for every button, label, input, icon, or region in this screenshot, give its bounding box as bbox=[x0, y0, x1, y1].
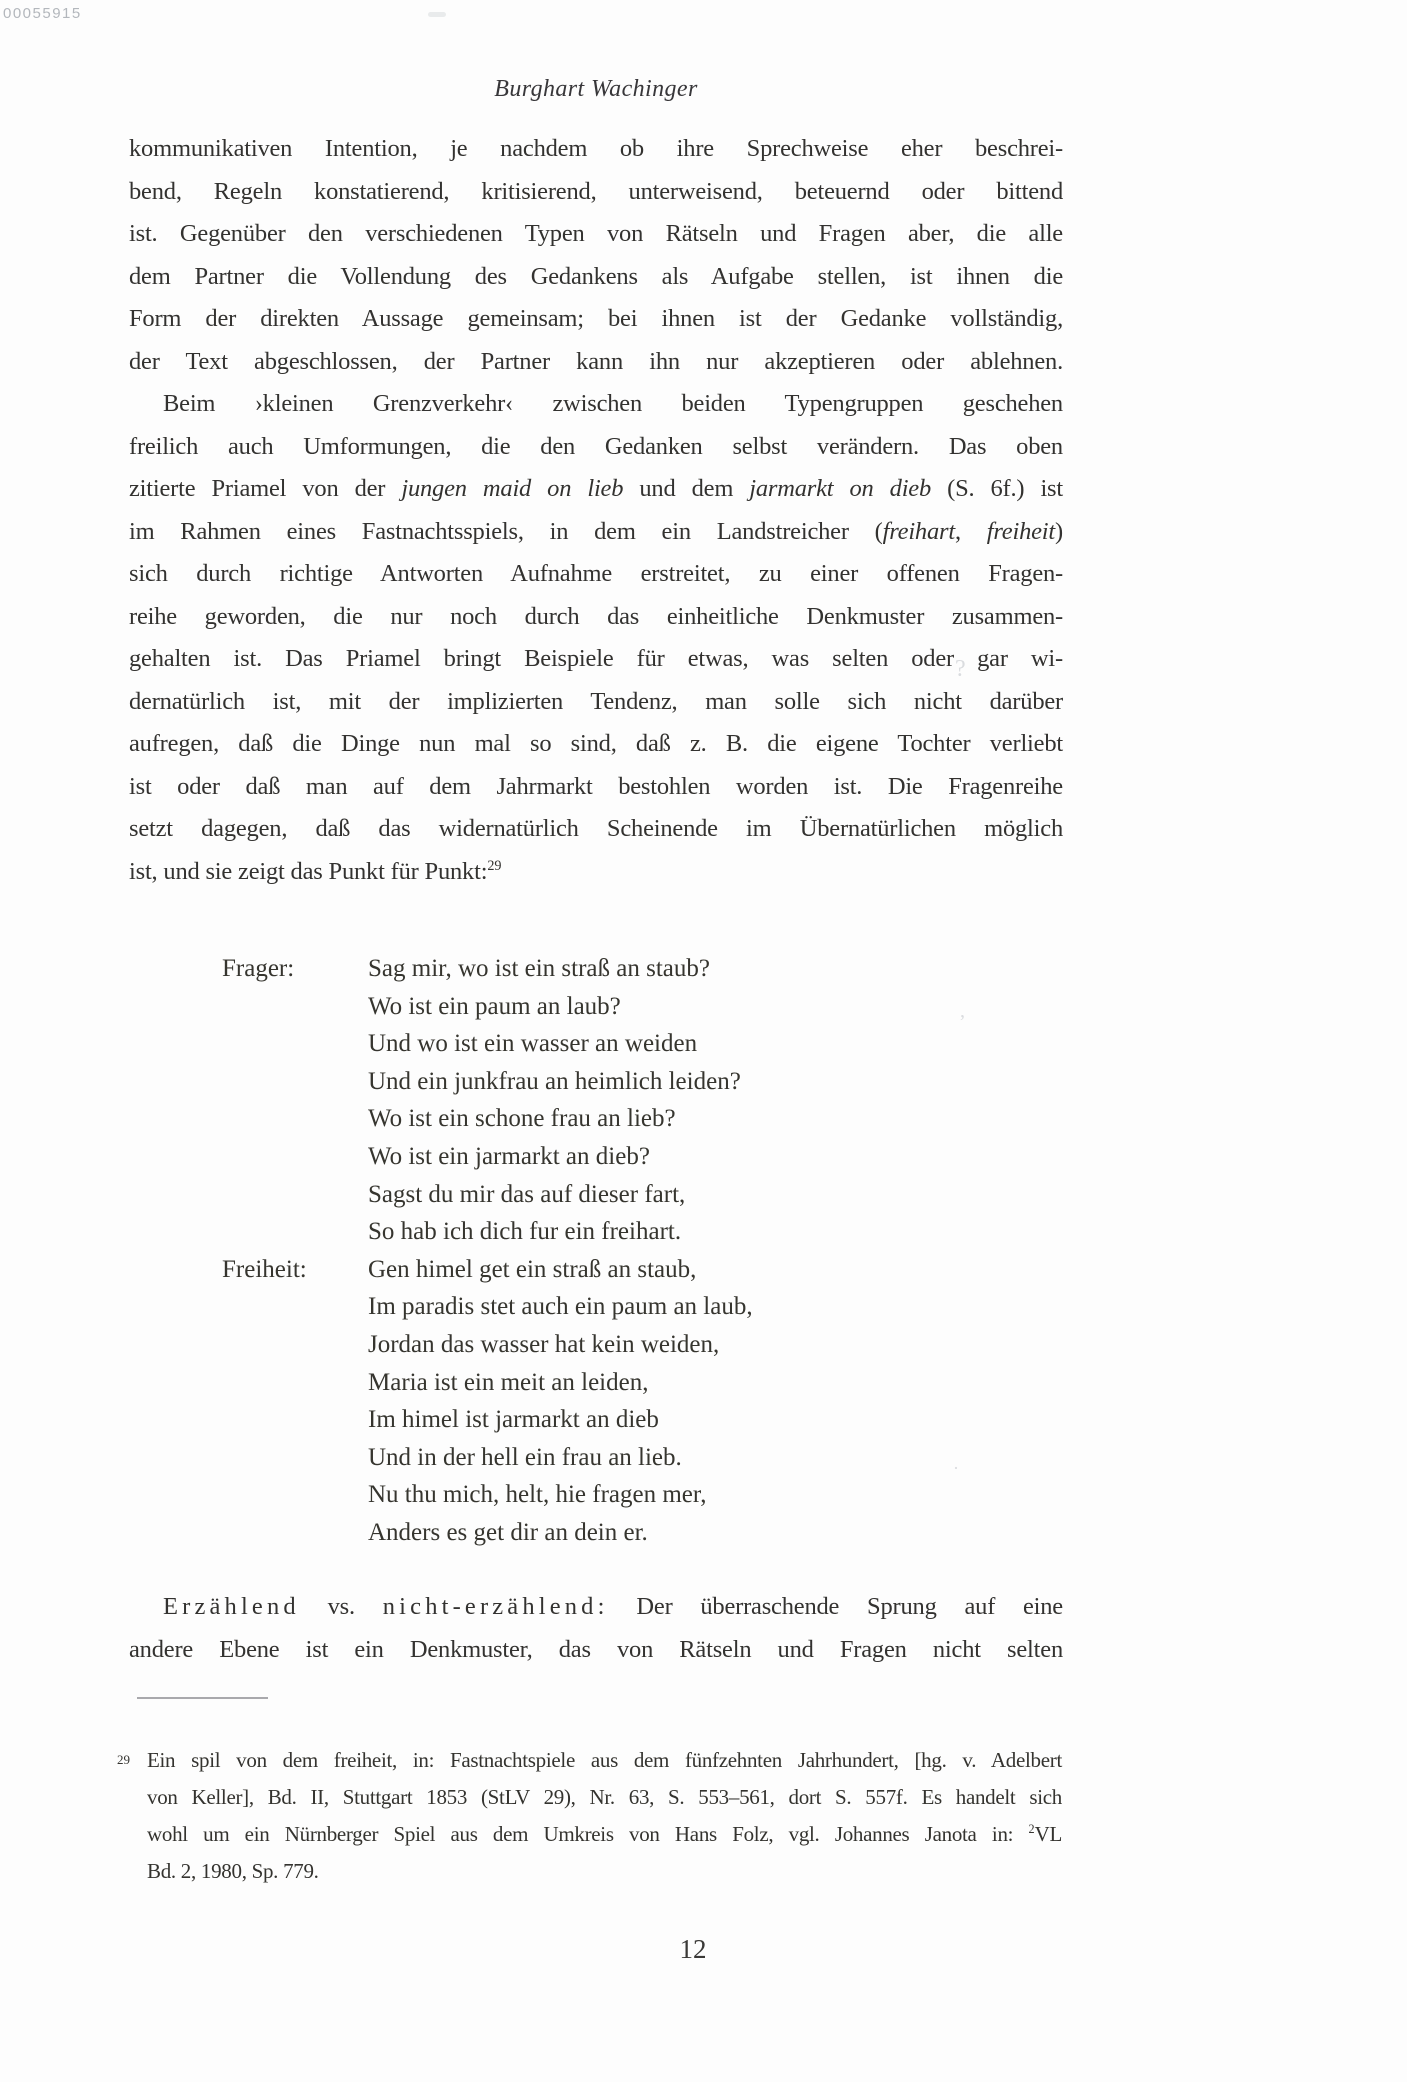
verse-line: Maria ist ein meit an leiden, bbox=[129, 1364, 1063, 1402]
verse-text: Und in der hell ein frau an lieb. bbox=[368, 1444, 682, 1471]
text-segment: jungen maid on lieb bbox=[401, 475, 623, 502]
scan-id-number: 00055915 bbox=[3, 5, 82, 22]
text-segment: ist, und sie zeigt das Punkt für Punkt: bbox=[129, 858, 487, 885]
text-segment: (S. 6f.) ist bbox=[931, 475, 1063, 502]
text-segment: sich durch richtige Antworten Aufnahme e… bbox=[129, 560, 1063, 587]
verse-line: Anders es get dir an dein er. bbox=[129, 1514, 1063, 1552]
text-line: andere Ebene ist ein Denkmuster, das von… bbox=[129, 1629, 1063, 1672]
verse-line: So hab ich dich fur ein freihart. bbox=[129, 1213, 1063, 1251]
verse-text: Anders es get dir an dein er. bbox=[368, 1519, 648, 1546]
text-segment: im Rahmen eines Fastnachtsspiels, in dem… bbox=[129, 518, 883, 545]
text-segment: jarmarkt on dieb bbox=[749, 475, 931, 502]
verse-text: Im paradis stet auch ein paum an laub, bbox=[368, 1293, 753, 1320]
text-line: freilich auch Umformungen, die den Gedan… bbox=[129, 426, 1063, 469]
text-segment: kommunikativen Intention, je nachdem ob … bbox=[129, 135, 1063, 162]
text-line: Beim ›kleinen Grenzverkehr‹ zwischen bei… bbox=[129, 383, 1063, 426]
verse-text: Sag mir, wo ist ein straß an staub? bbox=[368, 955, 710, 982]
text-line: ist. Gegenüber den verschiedenen Typen v… bbox=[129, 213, 1063, 256]
text-line: setzt dagegen, daß das widernatürlich Sc… bbox=[129, 808, 1063, 851]
text-segment: aufregen, daß die Dinge nun mal so sind,… bbox=[129, 730, 1063, 757]
verse-line: Nu thu mich, helt, hie fragen mer, bbox=[129, 1476, 1063, 1514]
text-line: dernatürlich ist, mit der implizierten T… bbox=[129, 681, 1063, 724]
text-line: zitierte Priamel von der jungen maid on … bbox=[129, 468, 1063, 511]
footnote-separator-rule bbox=[137, 1697, 268, 1699]
text-segment: reihe geworden, die nur noch durch das e… bbox=[129, 603, 1063, 630]
body-paragraph: kommunikativen Intention, je nachdem ob … bbox=[129, 128, 1063, 383]
verse-text: Nu thu mich, helt, hie fragen mer, bbox=[368, 1481, 706, 1508]
verse-block: Frager:Sag mir, wo ist ein straß an stau… bbox=[129, 950, 1063, 1552]
verse-text: So hab ich dich fur ein freihart. bbox=[368, 1218, 681, 1245]
scan-artifact: ? bbox=[955, 656, 966, 683]
text-line: bend, Regeln konstatierend, kritisierend… bbox=[129, 171, 1063, 214]
text-segment: , bbox=[955, 518, 987, 545]
verse-line: Wo ist ein paum an laub? bbox=[129, 988, 1063, 1026]
running-header-author: Burghart Wachinger bbox=[129, 76, 1063, 103]
verse-text: Wo ist ein paum an laub? bbox=[368, 993, 621, 1020]
verse-text: Und wo ist ein wasser an weiden bbox=[368, 1030, 697, 1057]
text-segment: Beim ›kleinen Grenzverkehr‹ zwischen bei… bbox=[163, 390, 1063, 417]
text-segment: von Keller], Bd. II, Stuttgart 1853 (StL… bbox=[147, 1785, 1062, 1809]
footnote-line: wohl um ein Nürnberger Spiel aus dem Umk… bbox=[109, 1816, 1062, 1853]
text-segment: ist. Gegenüber den verschiedenen Typen v… bbox=[129, 220, 1063, 247]
body-paragraph: Beim ›kleinen Grenzverkehr‹ zwischen bei… bbox=[129, 383, 1063, 893]
text-line: ist oder daß man auf dem Jahrmarkt besto… bbox=[129, 766, 1063, 809]
text-line: gehalten ist. Das Priamel bringt Beispie… bbox=[129, 638, 1063, 681]
text-line: ist, und sie zeigt das Punkt für Punkt:2… bbox=[129, 851, 1063, 894]
verse-text: Wo ist ein schone frau an lieb? bbox=[368, 1105, 676, 1132]
text-line: der Text abgeschlossen, der Partner kann… bbox=[129, 341, 1063, 384]
footnote: 29Ein spil von dem freiheit, in: Fastnac… bbox=[109, 1742, 1062, 1890]
verse-line: Freiheit:Gen himel get ein straß an stau… bbox=[129, 1251, 1063, 1289]
verse-line: Jordan das wasser hat kein weiden, bbox=[129, 1326, 1063, 1364]
text-line: aufregen, daß die Dinge nun mal so sind,… bbox=[129, 723, 1063, 766]
text-segment: gehalten ist. Das Priamel bringt Beispie… bbox=[129, 645, 1063, 672]
text-segment: freiheit bbox=[987, 518, 1055, 545]
text-segment: bend, Regeln konstatierend, kritisierend… bbox=[129, 178, 1063, 205]
page-number: 12 bbox=[633, 1934, 753, 1965]
verse-line: Und in der hell ein frau an lieb. bbox=[129, 1439, 1063, 1477]
verse-text: Jordan das wasser hat kein weiden, bbox=[368, 1331, 719, 1358]
text-segment: zitierte Priamel von der bbox=[129, 475, 401, 502]
text-line: Erzählend vs. nicht-erzählend: Der überr… bbox=[129, 1586, 1063, 1629]
text-segment: freilich auch Umformungen, die den Gedan… bbox=[129, 433, 1063, 460]
text-segment: wohl um ein Nürnberger Spiel aus dem Umk… bbox=[147, 1822, 1029, 1846]
scan-artifact: · bbox=[953, 1458, 959, 1479]
text-line: Form der direkten Aussage gemeinsam; bei… bbox=[129, 298, 1063, 341]
text-line: sich durch richtige Antworten Aufnahme e… bbox=[129, 553, 1063, 596]
scan-artifact bbox=[428, 12, 446, 17]
text-segment: ) bbox=[1055, 518, 1063, 545]
text-segment: Bd. 2, 1980, Sp. 779. bbox=[147, 1859, 319, 1883]
footnote-line: von Keller], Bd. II, Stuttgart 1853 (StL… bbox=[109, 1779, 1062, 1816]
verse-speaker-label: Frager: bbox=[222, 950, 294, 988]
footnote-line: 29Ein spil von dem freiheit, in: Fastnac… bbox=[109, 1742, 1062, 1779]
verse-line: Im paradis stet auch ein paum an laub, bbox=[129, 1288, 1063, 1326]
text-segment: Ein spil von dem freiheit, in: Fastnacht… bbox=[147, 1748, 1062, 1772]
text-segment: Erzählend bbox=[163, 1593, 300, 1620]
text-segment: andere Ebene ist ein Denkmuster, das von… bbox=[129, 1636, 1063, 1663]
verse-line: Im himel ist jarmarkt an dieb bbox=[129, 1401, 1063, 1439]
verse-line: Und ein junkfrau an heimlich leiden? bbox=[129, 1063, 1063, 1101]
text-segment: und dem bbox=[623, 475, 749, 502]
text-segment: dem Partner die Vollendung des Gedankens… bbox=[129, 263, 1063, 290]
verse-text: Im himel ist jarmarkt an dieb bbox=[368, 1406, 659, 1433]
text-segment: dernatürlich ist, mit der implizierten T… bbox=[129, 688, 1063, 715]
scanned-book-page: 00055915 Burghart Wachinger kommunikativ… bbox=[0, 0, 1407, 2082]
verse-text: Und ein junkfrau an heimlich leiden? bbox=[368, 1068, 741, 1095]
verse-line: Sagst du mir das auf dieser fart, bbox=[129, 1176, 1063, 1214]
text-line: dem Partner die Vollendung des Gedankens… bbox=[129, 256, 1063, 299]
text-segment: 29 bbox=[487, 857, 501, 873]
verse-speaker-label: Freiheit: bbox=[222, 1251, 307, 1289]
text-segment: VL bbox=[1035, 1822, 1062, 1846]
text-line: kommunikativen Intention, je nachdem ob … bbox=[129, 128, 1063, 171]
text-segment: ist oder daß man auf dem Jahrmarkt besto… bbox=[129, 773, 1063, 800]
text-segment: nicht-erzählend: bbox=[383, 1593, 609, 1620]
text-segment: setzt dagegen, daß das widernatürlich Sc… bbox=[129, 815, 1063, 842]
verse-text: Gen himel get ein straß an staub, bbox=[368, 1256, 696, 1283]
text-segment: vs. bbox=[300, 1593, 383, 1620]
text-segment: Form der direkten Aussage gemeinsam; bei… bbox=[129, 305, 1063, 332]
verse-line: Und wo ist ein wasser an weiden bbox=[129, 1025, 1063, 1063]
verse-line: Frager:Sag mir, wo ist ein straß an stau… bbox=[129, 950, 1063, 988]
verse-line: Wo ist ein schone frau an lieb? bbox=[129, 1100, 1063, 1138]
text-line: im Rahmen eines Fastnachtsspiels, in dem… bbox=[129, 511, 1063, 554]
verse-text: Sagst du mir das auf dieser fart, bbox=[368, 1181, 685, 1208]
body-paragraph: Erzählend vs. nicht-erzählend: Der überr… bbox=[129, 1586, 1063, 1671]
scan-artifact: , bbox=[960, 1000, 965, 1023]
text-line: reihe geworden, die nur noch durch das e… bbox=[129, 596, 1063, 639]
verse-text: Maria ist ein meit an leiden, bbox=[368, 1369, 648, 1396]
footnote-marker: 29 bbox=[117, 1741, 130, 1778]
verse-line: Wo ist ein jarmarkt an dieb? bbox=[129, 1138, 1063, 1176]
text-segment: der Text abgeschlossen, der Partner kann… bbox=[129, 348, 1063, 375]
footnote-line: Bd. 2, 1980, Sp. 779. bbox=[109, 1853, 1062, 1890]
text-segment: freihart bbox=[883, 518, 955, 545]
verse-text: Wo ist ein jarmarkt an dieb? bbox=[368, 1143, 650, 1170]
text-segment: Der überraschende Sprung auf eine bbox=[609, 1593, 1063, 1620]
